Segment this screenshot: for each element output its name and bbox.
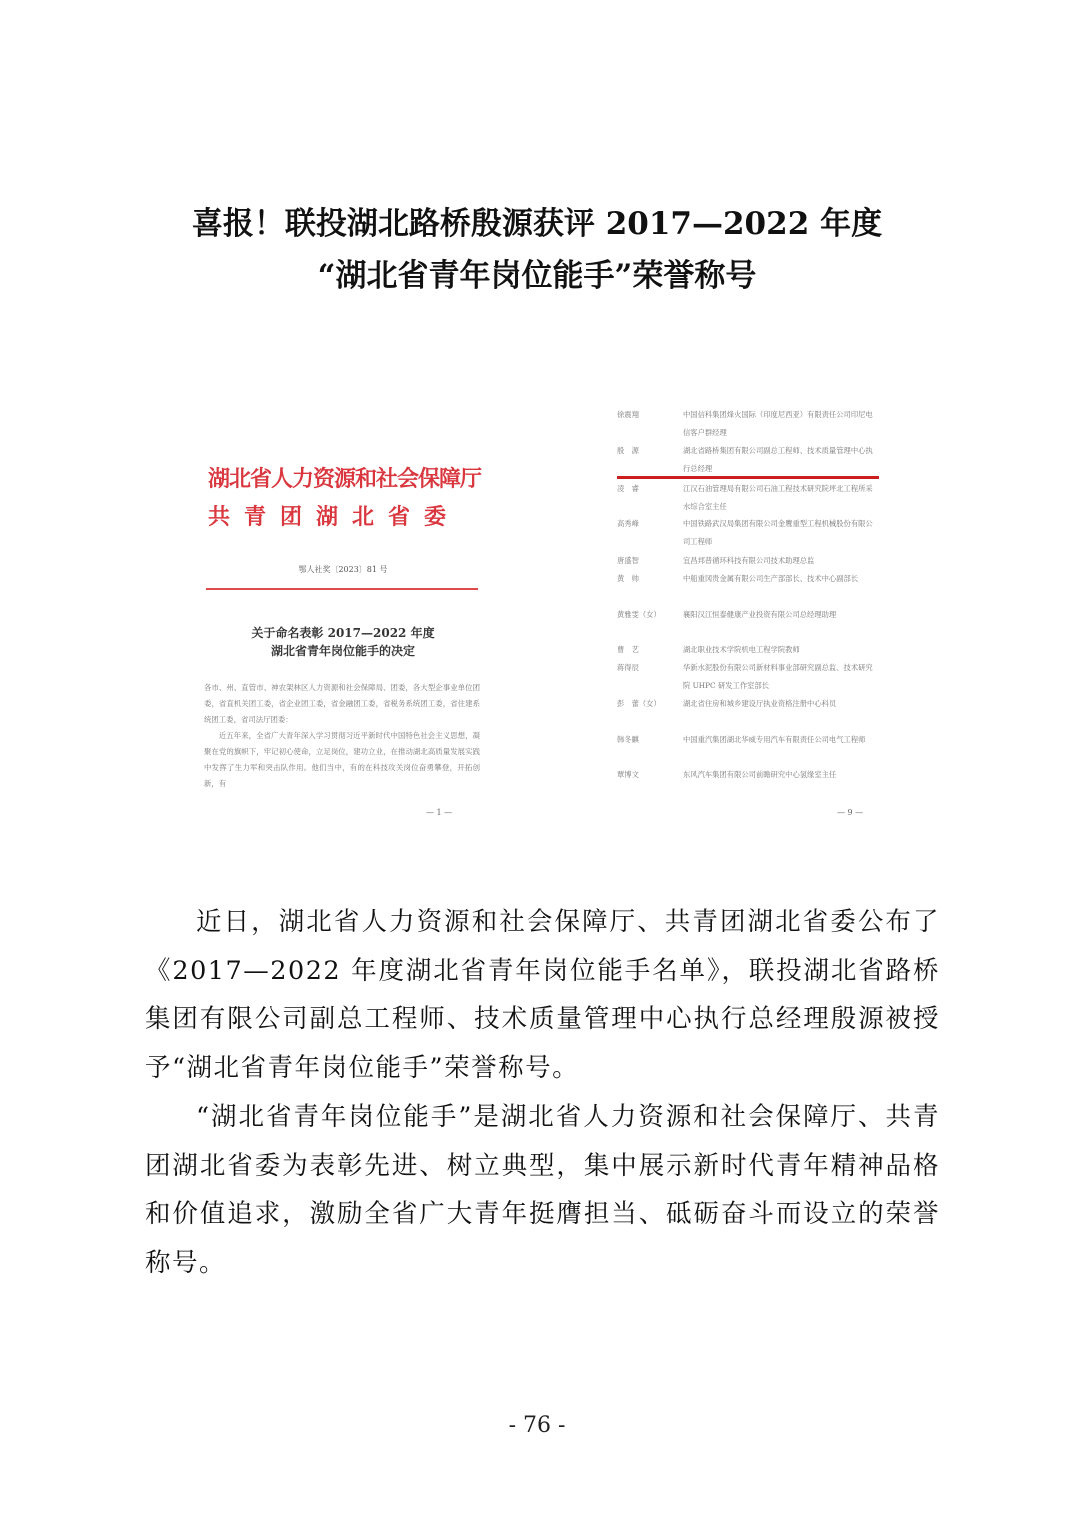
awardee-name: 彭 蕾（女） <box>617 695 682 713</box>
awardee-org: 湖北省住房和城乡建设厅执业资格注册中心科员 <box>683 695 878 713</box>
decision-title-line-2: 湖北省青年岗位能手的决定 <box>198 642 488 659</box>
document-number: 鄂人社奖〔2023〕81 号 <box>198 564 488 575</box>
decision-body-p1: 各市、州、直管市、神农架林区人力资源和社会保障局、团委，各大型企事业单位团委，省… <box>204 680 480 728</box>
awardee-name: 覃博文 <box>617 766 682 784</box>
awardee-org: 华新水泥股份有限公司新材料事业部研究副总监、技术研究院 UHPC 研发工作室部长 <box>683 659 878 694</box>
issuing-org-line-2: 共青团湖北省委 <box>208 500 480 531</box>
awardee-org: 宜昌邦普循环科技有限公司技术助理总监 <box>683 552 878 570</box>
scan-right-page-number: — 9 — <box>837 808 863 817</box>
awardee-name: 曹 艺 <box>617 641 682 659</box>
issuing-org-line-1: 湖北省人力资源和社会保障厅 <box>208 462 480 493</box>
awardee-org: 中国重汽集团湖北华威专用汽车有限责任公司电气工程师 <box>683 731 878 749</box>
red-highlight-underline <box>617 476 879 479</box>
awardee-name: 徐震翔 <box>617 406 682 424</box>
awardee-name: 韩冬麒 <box>617 731 682 749</box>
awardee-org: 中国铁路武汉局集团有限公司金鹰重型工程机械股份有限公司工程师 <box>683 515 878 550</box>
body-paragraph-2: “湖北省青年岗位能手”是湖北省人力资源和社会保障厅、共青团湖北省委为表彰先进、树… <box>145 1093 940 1287</box>
awardee-name: 黄雅雯（女） <box>617 606 682 624</box>
body-paragraph-1: 近日，湖北省人力资源和社会保障厅、共青团湖北省委公布了《2017—2022 年度… <box>145 898 940 1092</box>
decision-body: 各市、州、直管市、神农架林区人力资源和社会保障局、团委，各大型企事业单位团委，省… <box>204 680 480 792</box>
awardee-org: 中船重冈贵金属有限公司生产部部长、技术中心副部长 <box>683 570 878 588</box>
awardee-org: 中国信科集团烽火国际（印度尼西亚）有限责任公司印尼电信客户群经理 <box>683 406 878 441</box>
awardee-name: 高秀峰 <box>617 515 682 533</box>
decision-body-p2: 近五年来，全省广大青年深入学习贯彻习近平新时代中国特色社会主义思想，凝聚在党的旗… <box>204 728 480 792</box>
awardee-name: 殷 源 <box>617 442 682 460</box>
scanned-document-list-page: 徐震翔 中国信科集团烽火国际（印度尼西亚）有限责任公司印尼电信客户群经理 殷 源… <box>605 400 885 825</box>
awardee-org: 江汉石油管理局有限公司石油工程技术研究院坪北工程所采水综合室主任 <box>683 480 878 515</box>
awardee-org: 湖北省路桥集团有限公司副总工程师、技术质量管理中心执行总经理 <box>683 442 878 477</box>
awardee-name: 黄 帅 <box>617 570 682 588</box>
awardee-name: 蒋得辰 <box>617 659 682 677</box>
awardee-name: 唐盛智 <box>617 552 682 570</box>
awardee-org: 襄阳汉江恒泰健康产业投资有限公司总经理助理 <box>683 606 878 624</box>
awardee-org: 东风汽车集团有限公司前瞻研究中心氢缘室主任 <box>683 766 878 784</box>
decision-title-line-1: 关于命名表彰 2017—2022 年度 <box>198 624 488 641</box>
awardee-name: 凌 睿 <box>617 480 682 498</box>
page-number: - 76 - <box>0 1413 1074 1438</box>
article-title-line-1: 喜报！联投湖北路桥殷源获评 2017—2022 年度 <box>0 198 1074 243</box>
awardee-org: 湖北职业技术学院机电工程学院教师 <box>683 641 878 659</box>
red-divider-line <box>206 588 478 590</box>
article-title-line-2: “湖北省青年岗位能手”荣誉称号 <box>0 250 1074 295</box>
scan-left-page-number: — 1 — <box>426 808 452 817</box>
scanned-document-cover-page: 湖北省人力资源和社会保障厅 共青团湖北省委 鄂人社奖〔2023〕81 号 关于命… <box>198 440 488 825</box>
